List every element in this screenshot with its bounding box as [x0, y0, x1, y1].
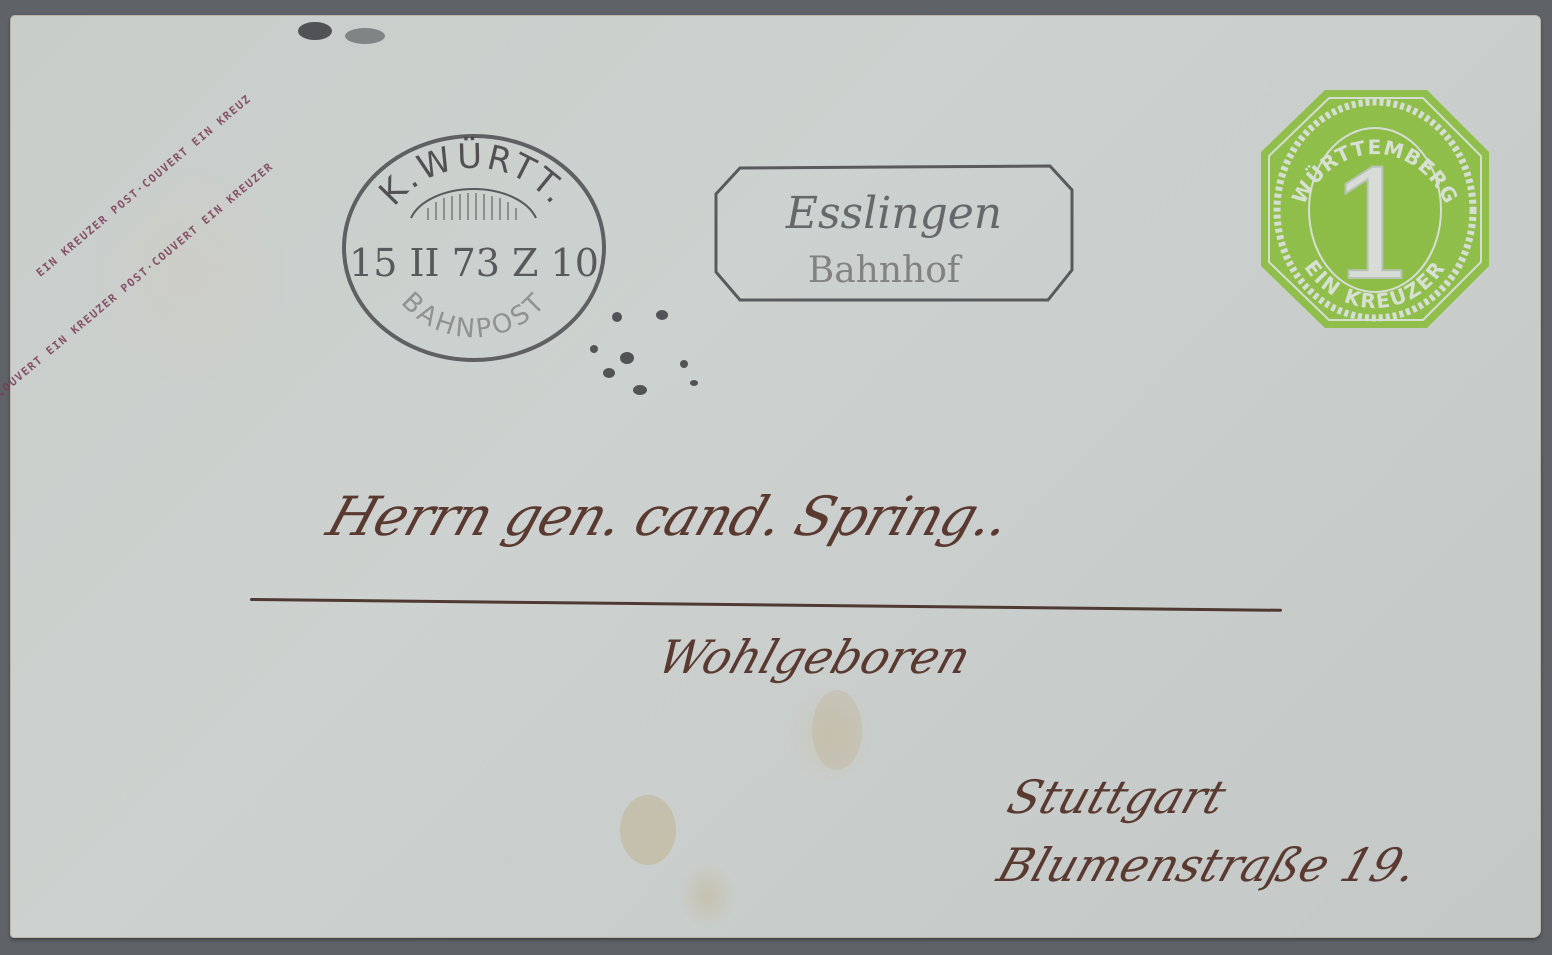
svg-text:BAHNPOST: BAHNPOST — [395, 287, 552, 345]
stain — [620, 795, 676, 865]
framed-postmark-line1: Esslingen — [785, 188, 1002, 239]
postmark-bottom-text: BAHNPOST — [395, 287, 552, 345]
address-line-1: Herrn gen. cand. Spring.. — [320, 485, 1018, 548]
address-line-3: Stuttgart — [1001, 770, 1232, 824]
ink-dot — [612, 312, 622, 322]
ink-dot — [680, 360, 688, 368]
address-line-4: Blumenstraße 19. — [991, 838, 1424, 892]
ink-dot — [656, 310, 668, 320]
postmark-top-text: K.WÜRTT. — [371, 136, 577, 214]
ink-smudge — [298, 22, 332, 40]
framed-postmark-line2: Bahnhof — [808, 250, 963, 291]
indicium-stamp: WÜRTTEMBERG EIN KREUZER 1 — [1257, 88, 1491, 330]
svg-text:K.WÜRTT.: K.WÜRTT. — [371, 136, 577, 214]
ink-smudge — [345, 28, 385, 44]
ink-dot — [590, 345, 598, 353]
stain — [812, 690, 862, 770]
ink-dot — [633, 385, 647, 395]
stamp-numeral: 1 — [1327, 140, 1422, 314]
ink-dot — [690, 380, 698, 386]
postmark-date: 15 II 73 Z 10 — [349, 241, 599, 285]
framed-postmark: Esslingen Bahnhof — [710, 160, 1078, 306]
address-line-2: Wohlgeboren — [651, 630, 977, 684]
round-postmark: K.WÜRTT. 15 II 73 Z 10 BAHNPOST — [336, 128, 612, 368]
ink-dot — [603, 368, 615, 378]
ink-dot — [620, 352, 634, 364]
